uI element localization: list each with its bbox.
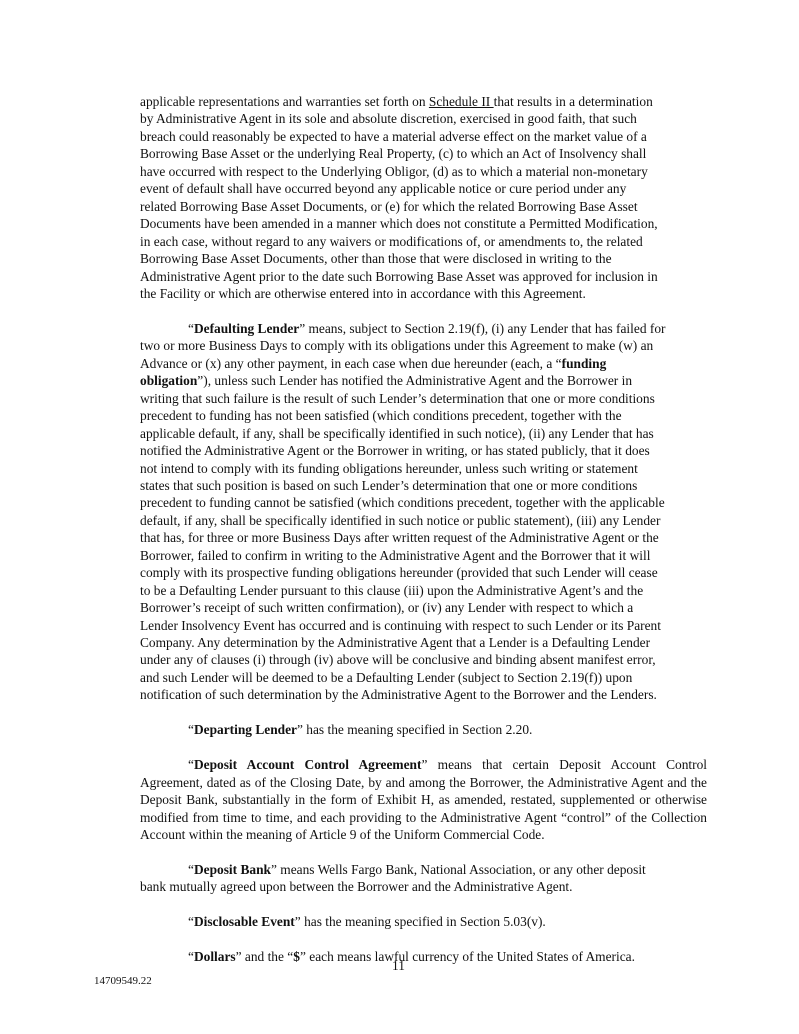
defined-term: Defaulting Lender <box>194 321 299 336</box>
defined-term: funding <box>562 356 607 371</box>
text-line: applicable representations and warrantie… <box>140 93 707 110</box>
text-line: comply with its prospective funding obli… <box>140 564 707 581</box>
text-line: bank mutually agreed upon between the Bo… <box>140 878 707 895</box>
defined-term: Disclosable Event <box>194 914 295 929</box>
text-line: two or more Business Days to comply with… <box>140 337 707 354</box>
text-line: Borrower, failed to confirm in writing t… <box>140 547 707 564</box>
text-line: in each case, without regard to any waiv… <box>140 233 707 250</box>
definition-departing-lender: “Departing Lender” has the meaning speci… <box>140 721 707 738</box>
text-line: to be a Defaulting Lender pursuant to th… <box>140 582 707 599</box>
dollar-symbol-term: $ <box>293 949 300 964</box>
text-line: applicable default, if any, shall be spe… <box>140 425 707 442</box>
document-body: applicable representations and warrantie… <box>140 93 707 966</box>
text-line: precedent to funding cannot be satisfied… <box>140 494 707 511</box>
page-number: 11 <box>392 958 405 974</box>
paragraph-gap <box>140 302 707 319</box>
text-line: event of default shall have occurred bey… <box>140 180 707 197</box>
text-line: Advance or (x) any other payment, in eac… <box>140 355 707 372</box>
document-id: 14709549.22 <box>94 975 152 987</box>
paragraph-gap <box>140 843 707 860</box>
paragraph-gap <box>140 931 707 948</box>
text-line: not intend to comply with its funding ob… <box>140 460 707 477</box>
text-line: notification of such determination by th… <box>140 686 707 703</box>
text-line: have occurred with respect to the Underl… <box>140 163 707 180</box>
paragraph-gap <box>140 739 707 756</box>
defined-term: Departing Lender <box>194 722 297 737</box>
text-line: “Defaulting Lender” means, subject to Se… <box>140 320 707 337</box>
intro-paragraph: applicable representations and warrantie… <box>140 93 707 302</box>
text-line: under any of clauses (i) through (iv) ab… <box>140 651 707 668</box>
text-line: Lender Insolvency Event has occurred and… <box>140 617 707 634</box>
text-line: writing that such failure is the result … <box>140 390 707 407</box>
text-line: obligation”), unless such Lender has not… <box>140 372 707 389</box>
definition-deposit-bank: “Deposit Bank” means Wells Fargo Bank, N… <box>140 861 707 896</box>
defined-term: Deposit Bank <box>194 862 271 877</box>
text-line: notified the Administrative Agent or the… <box>140 442 707 459</box>
definition-disclosable-event: “Disclosable Event” has the meaning spec… <box>140 913 707 930</box>
text-line: that has, for three or more Business Day… <box>140 529 707 546</box>
defined-term: Dollars <box>194 949 236 964</box>
text-line: and such Lender will be deemed to be a D… <box>140 669 707 686</box>
text-line: Administrative Agent prior to the date s… <box>140 268 707 285</box>
definition-dollars: “Dollars” and the “$” each means lawful … <box>140 948 707 965</box>
definition-deposit-account-control-agreement: “Deposit Account Control Agreement” mean… <box>140 756 707 843</box>
text-line: Borrower’s receipt of such written confi… <box>140 599 707 616</box>
text-line: breach could reasonably be expected to h… <box>140 128 707 145</box>
text-line: precedent to funding has not been satisf… <box>140 407 707 424</box>
text-line: default, if any, shall be specifically i… <box>140 512 707 529</box>
document-page: applicable representations and warrantie… <box>0 0 799 1034</box>
text-line: related Borrowing Base Asset Documents, … <box>140 198 707 215</box>
schedule-ii-reference: Schedule II <box>429 94 494 109</box>
text-line: Documents have been amended in a manner … <box>140 215 707 232</box>
text-line: states that such position is based on su… <box>140 477 707 494</box>
text-line: the Facility or which are otherwise ente… <box>140 285 707 302</box>
paragraph-gap <box>140 896 707 913</box>
defined-term: Deposit Account Control Agreement <box>194 757 421 772</box>
definition-defaulting-lender: “Defaulting Lender” means, subject to Se… <box>140 320 707 704</box>
text-line: “Deposit Bank” means Wells Fargo Bank, N… <box>140 861 707 878</box>
paragraph-gap <box>140 704 707 721</box>
text-line: Borrowing Base Asset Documents, other th… <box>140 250 707 267</box>
text-line: by Administrative Agent in its sole and … <box>140 110 707 127</box>
text-line: Company. Any determination by the Admini… <box>140 634 707 651</box>
text-line: Borrowing Base Asset or the underlying R… <box>140 145 707 162</box>
defined-term: obligation <box>140 373 197 388</box>
